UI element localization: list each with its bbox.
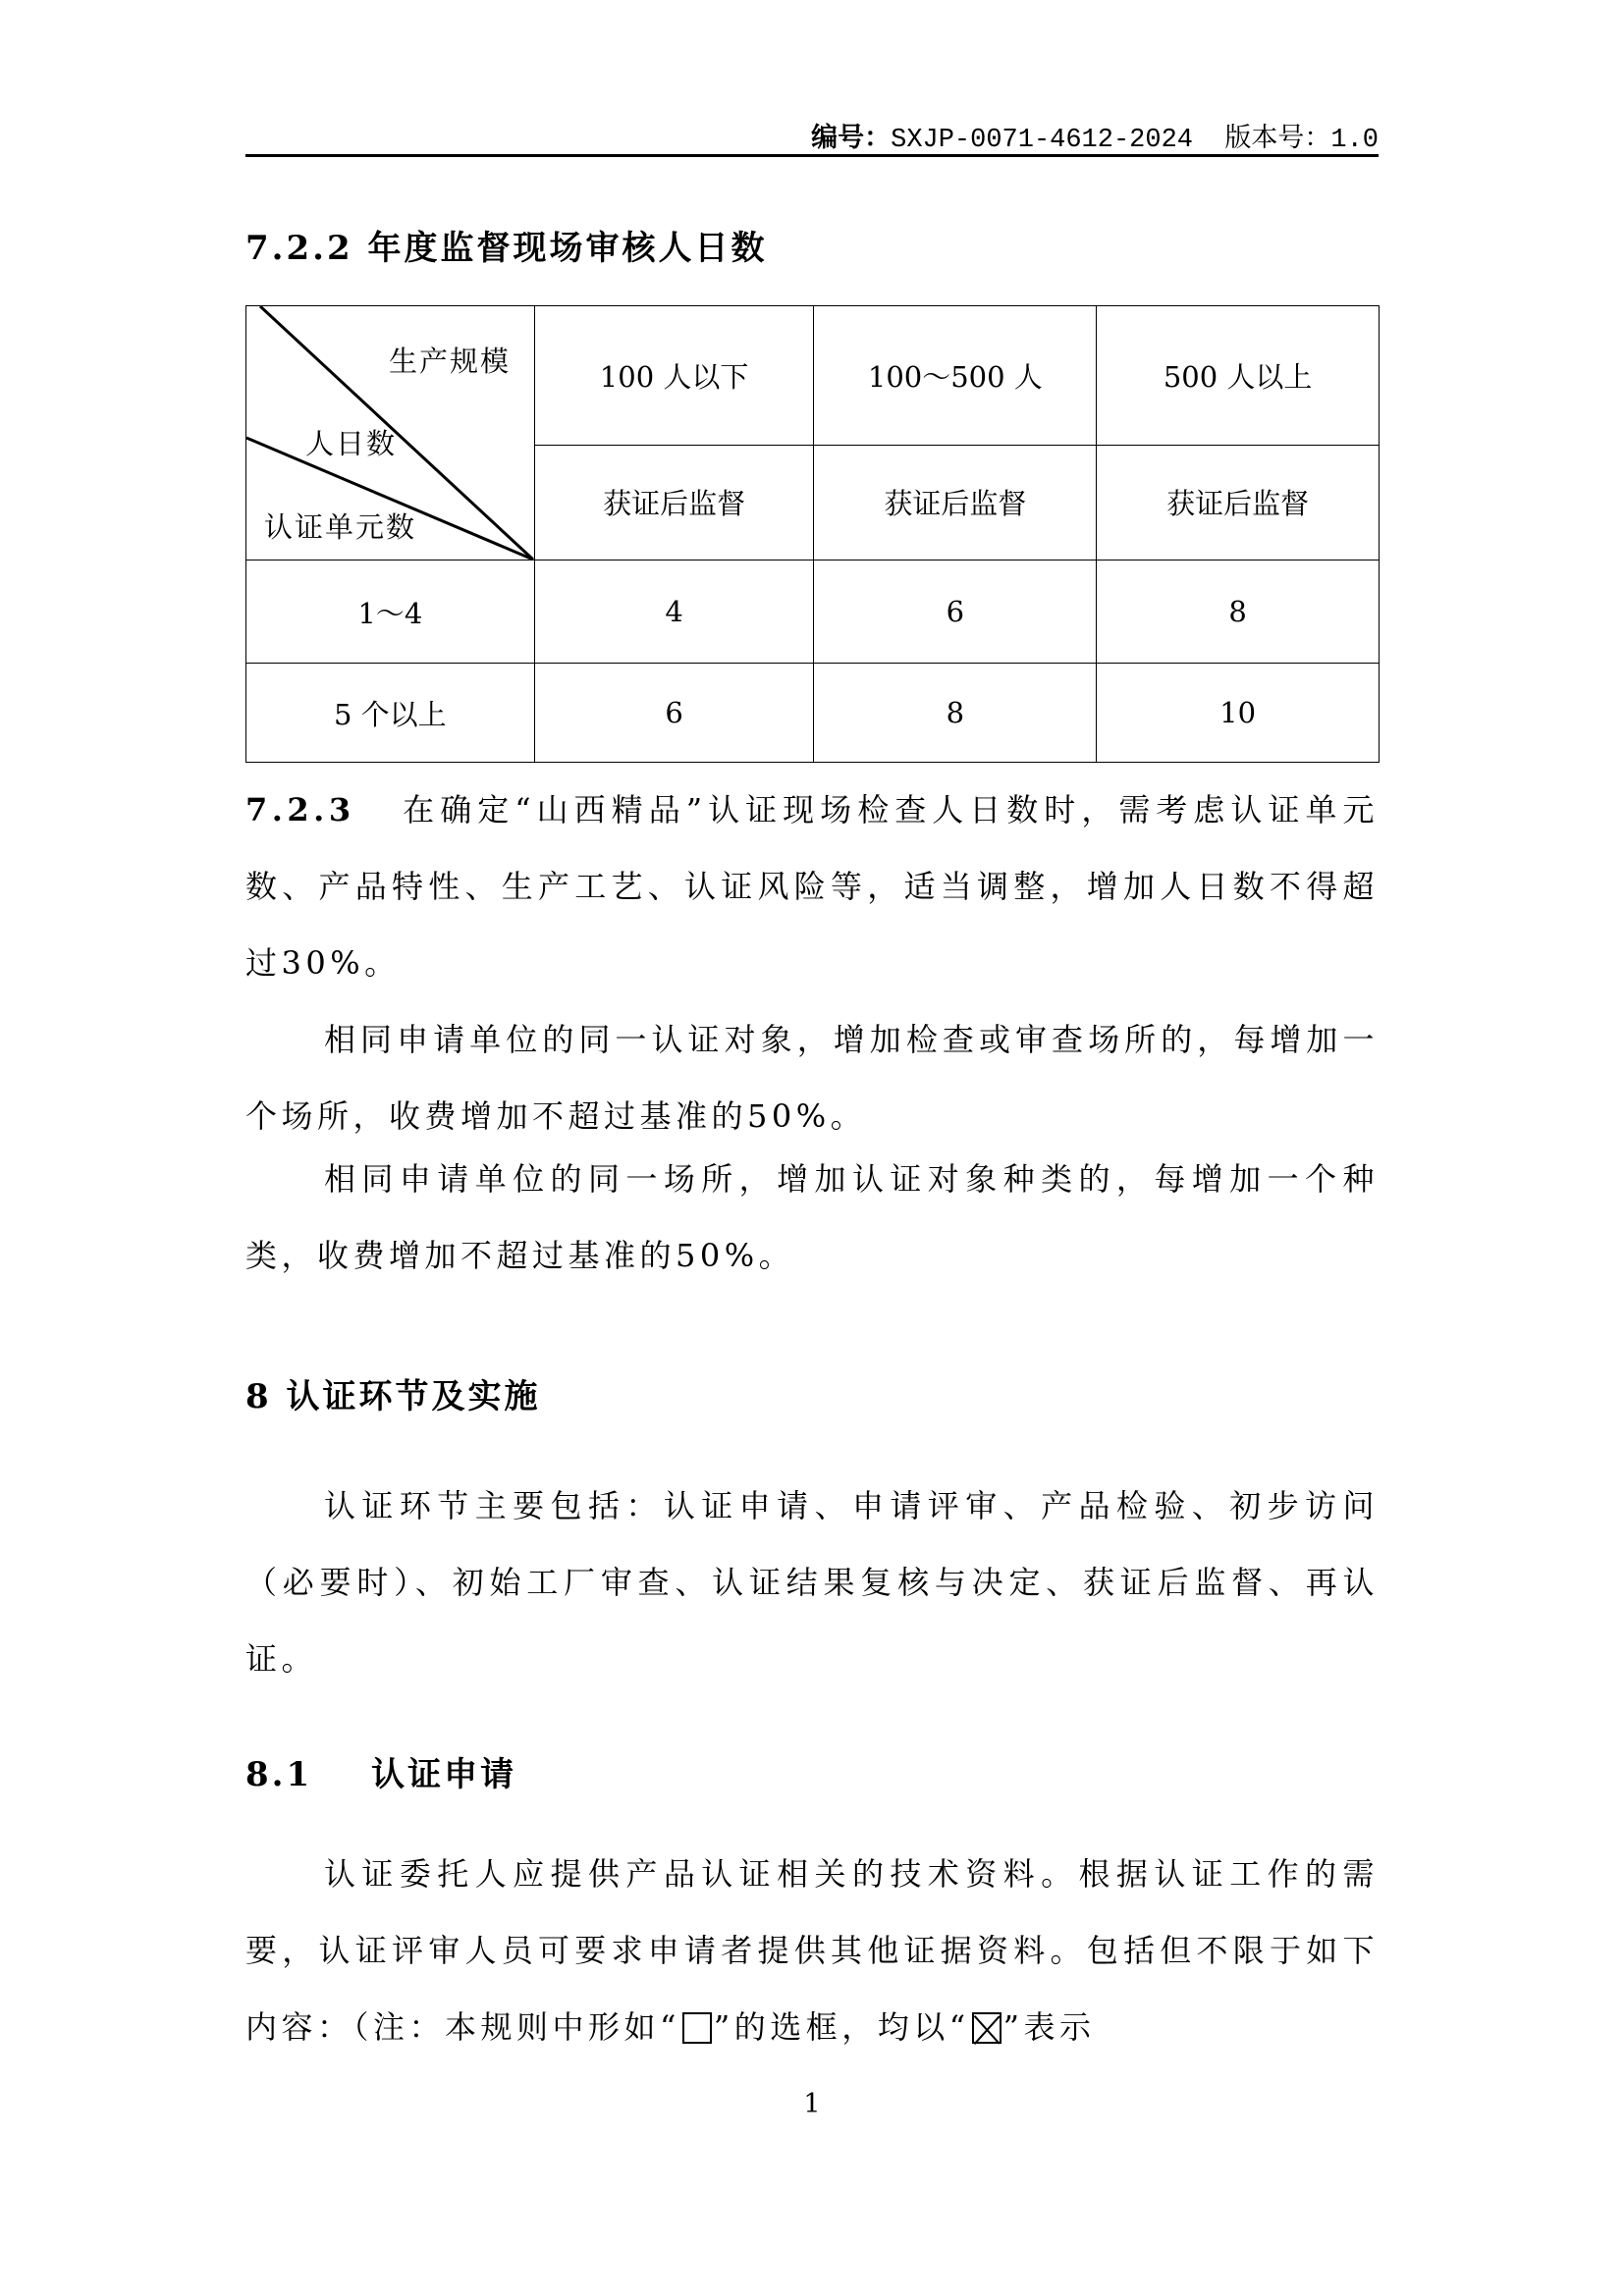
doc-id-value: SXJP-0071-4612-2024 <box>891 126 1193 155</box>
version-label: 版本号： <box>1224 126 1330 155</box>
sub-header: 获证后监督 <box>1097 445 1380 560</box>
value-cell: 6 <box>534 664 814 763</box>
section-heading-8: 8 认证环节及实施 <box>245 1369 541 1417</box>
units-cell: 1～4 <box>246 561 535 664</box>
empty-checkbox-icon <box>682 2012 712 2044</box>
corner-label-units: 认证单元数 <box>264 506 416 546</box>
audit-man-days-table: 生产规模 人日数 认证单元数 100 人以下 100～500 人 500 人以上… <box>245 305 1380 763</box>
paragraph-extra-type: 相同申请单位的同一场所，增加认证对象种类的，每增加一个种类，收费增加不超过基准的… <box>245 1141 1379 1294</box>
corner-label-scale: 生产规模 <box>389 340 511 380</box>
paragraph-text: ”的选框，均以“ <box>714 2008 970 2046</box>
header-rule <box>245 154 1379 157</box>
value-cell: 8 <box>814 664 1097 763</box>
page-number: 1 <box>0 2089 1624 2119</box>
paragraph-text: ”表示 <box>1003 2008 1096 2046</box>
scale-header: 100～500 人 <box>814 306 1097 446</box>
section-number-7-2-3: 7.2.3 <box>245 791 355 828</box>
paragraph-extra-site: 相同申请单位的同一认证对象，增加检查或审查场所的，每增加一个场所，收费增加不超过… <box>245 1001 1379 1154</box>
diagonal-header-cell: 生产规模 人日数 认证单元数 <box>246 306 535 561</box>
units-cell: 5 个以上 <box>246 664 535 763</box>
section-number-8-1: 8.1 <box>245 1755 312 1794</box>
sub-header: 获证后监督 <box>814 445 1097 560</box>
corner-label-man-days: 人日数 <box>305 422 397 462</box>
section-heading-8-1: 8.1认证申请 <box>245 1747 516 1795</box>
document-page: 编号：SXJP-0071-4612-2024 版本号：1.0 7.2.2 年度监… <box>0 0 1624 2296</box>
sub-header: 获证后监督 <box>534 445 814 560</box>
section-heading-7-2-2: 7.2.2 年度监督现场审核人日数 <box>245 221 767 269</box>
paragraph-text: 在确定“山西精品”认证现场检查人日数时，需考虑认证单元数、产品特性、生产工艺、认… <box>245 791 1379 982</box>
value-cell: 6 <box>814 561 1097 664</box>
paragraph-8: 认证环节主要包括：认证申请、申请评审、产品检验、初步访问（必要时）、初始工厂审查… <box>245 1468 1379 1697</box>
version-value: 1.0 <box>1330 126 1379 155</box>
table-row: 1～4 4 6 8 <box>246 561 1380 664</box>
document-header: 编号：SXJP-0071-4612-2024 版本号：1.0 <box>245 116 1379 155</box>
checked-checkbox-icon <box>972 2012 1001 2044</box>
paragraph-8-1: 认证委托人应提供产品认证相关的技术资料。根据认证工作的需要，认证评审人员可要求申… <box>245 1836 1379 2065</box>
value-cell: 10 <box>1097 664 1380 763</box>
value-cell: 4 <box>534 561 814 664</box>
scale-header: 100 人以下 <box>534 306 814 446</box>
table-row: 5 个以上 6 8 10 <box>246 664 1380 763</box>
section-title-8-1: 认证申请 <box>371 1755 516 1794</box>
scale-header: 500 人以上 <box>1097 306 1380 446</box>
value-cell: 8 <box>1097 561 1380 664</box>
paragraph-7-2-3: 7.2.3 在确定“山西精品”认证现场检查人日数时，需考虑认证单元数、产品特性、… <box>245 772 1379 1001</box>
doc-id-label: 编号： <box>811 123 891 153</box>
